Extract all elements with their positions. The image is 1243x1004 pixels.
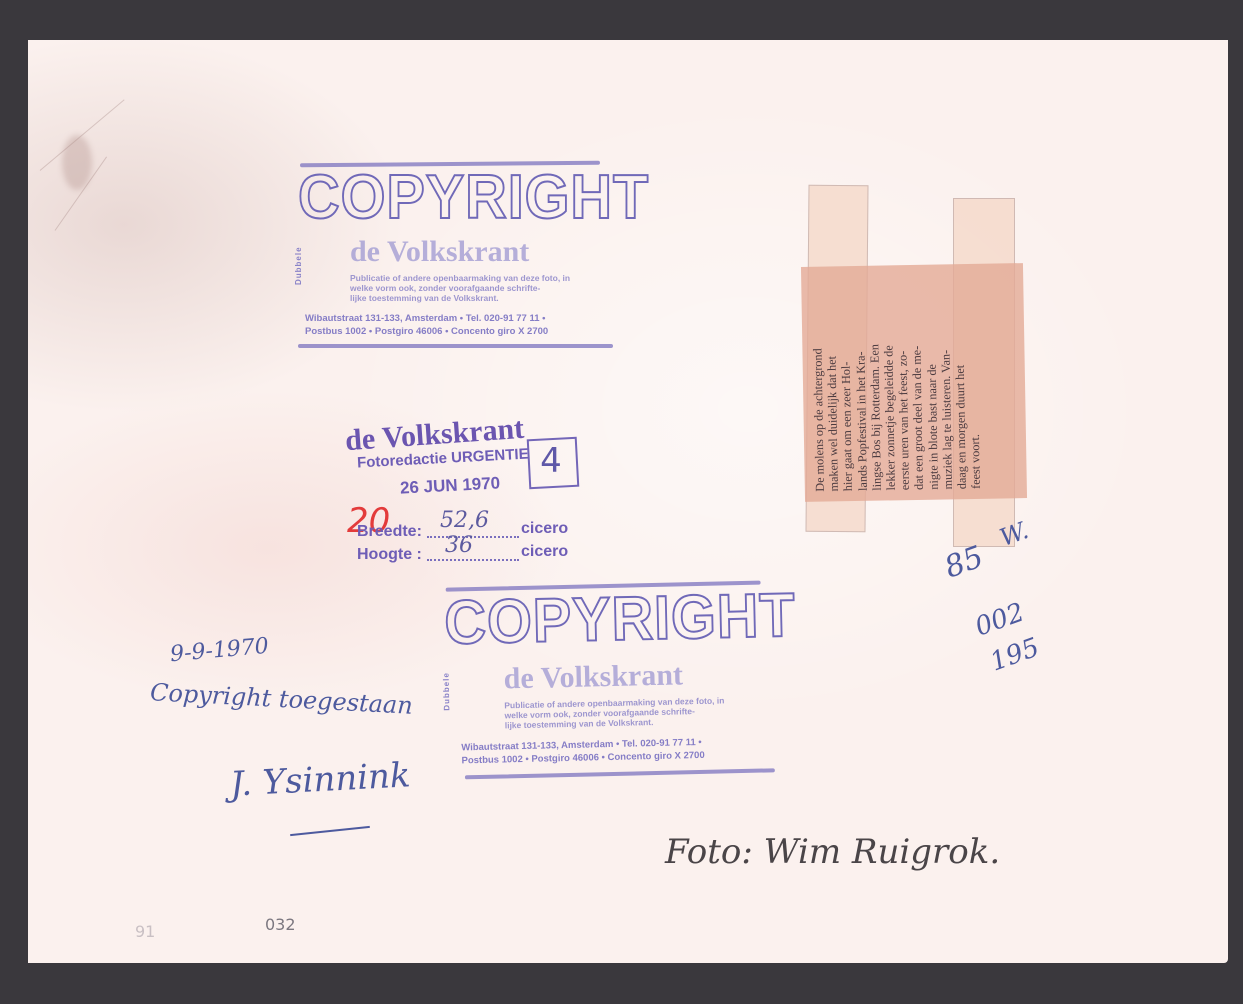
notice-line: welke vorm ook, zonder voorafgaande schr… bbox=[350, 283, 570, 293]
height-unit: cicero bbox=[521, 543, 568, 561]
faint-mark: 91 bbox=[135, 922, 155, 941]
copyright-notice: Publicatie of andere openbaarmaking van … bbox=[504, 695, 725, 730]
copyright-brand: de Volkskrant bbox=[350, 235, 529, 269]
copyright-stamp-top: COPYRIGHT Dubbele de Volkskrant Publicat… bbox=[290, 160, 620, 360]
address-line: Wibautstraat 131-133, Amsterdam • Tel. 0… bbox=[305, 312, 548, 325]
height-label: Hoogte : bbox=[357, 546, 422, 564]
height-value: 36 bbox=[445, 533, 473, 558]
copyright-brand: de Volkskrant bbox=[503, 658, 683, 696]
address-line: Postbus 1002 • Postgiro 46006 • Concento… bbox=[305, 325, 548, 338]
pencil-number: 032 bbox=[265, 915, 296, 934]
copyright-stamp-bottom: COPYRIGHT Dubbele de Volkskrant Publicat… bbox=[436, 576, 786, 804]
newspaper-clipping: De molens op de achtergrond maken wel du… bbox=[801, 263, 1027, 502]
width-value: 52,6 bbox=[440, 508, 489, 533]
copyright-address: Wibautstraat 131-133, Amsterdam • Tel. 0… bbox=[305, 312, 548, 338]
stamp-rule-bottom bbox=[465, 768, 775, 779]
stamp-side-text: Dubbele bbox=[294, 240, 303, 285]
stamp-box-number: 4 bbox=[528, 438, 574, 484]
clipping-line: feest voort. bbox=[965, 274, 983, 489]
width-label: Breedte: bbox=[357, 523, 422, 541]
copyright-address: Wibautstraat 131-133, Amsterdam • Tel. 0… bbox=[461, 736, 705, 768]
width-unit: cicero bbox=[521, 520, 568, 538]
dotted-line bbox=[427, 536, 519, 538]
clipping-text: De molens op de achtergrond maken wel du… bbox=[801, 263, 1027, 502]
notice-line: Publicatie of andere openbaarmaking van … bbox=[350, 273, 570, 283]
copyright-title: COPYRIGHT bbox=[444, 580, 797, 659]
copyright-notice: Publicatie of andere openbaarmaking van … bbox=[350, 273, 570, 303]
stamp-date: 26 JUN 1970 bbox=[400, 473, 501, 498]
stamp-rule-bottom bbox=[298, 344, 613, 348]
paper-stain bbox=[62, 135, 92, 190]
photo-credit: Foto: Wim Ruigrok. bbox=[665, 832, 1000, 872]
dotted-line bbox=[427, 559, 519, 561]
volkskrant-date-stamp: de Volkskrant Fotoredactie URGENTIE 4 20… bbox=[345, 418, 580, 578]
copyright-title: COPYRIGHT bbox=[298, 162, 649, 233]
notice-line: lijke toestemming van de Volkskrant. bbox=[350, 293, 570, 303]
stamp-side-text: Dubbele bbox=[441, 666, 451, 711]
